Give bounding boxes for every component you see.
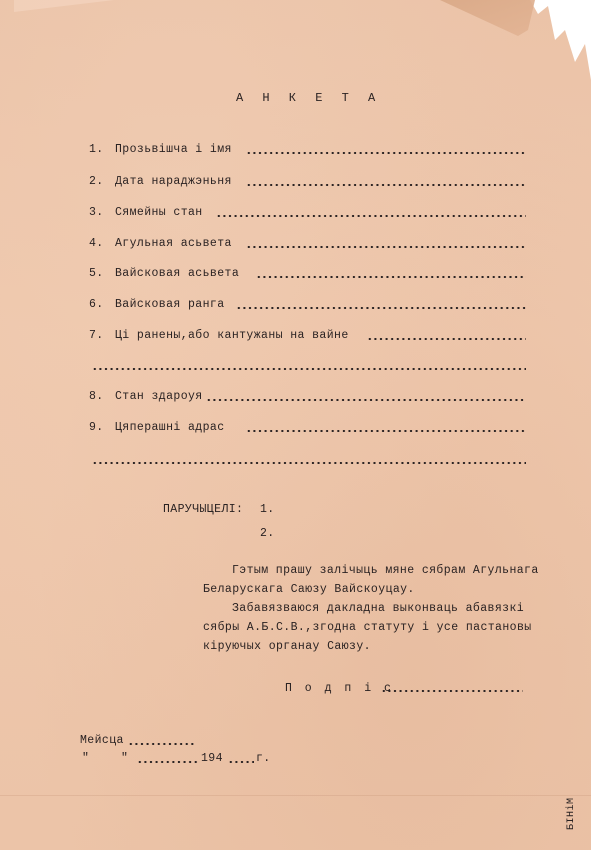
item-number: 2.: [89, 176, 104, 188]
item-number: 5.: [89, 268, 104, 280]
item-number: 7.: [89, 330, 104, 342]
fill-in-line-continued[interactable]: [92, 462, 526, 464]
signature-label: П о д п і с: [285, 683, 394, 695]
item-number: 6.: [89, 299, 104, 311]
statement-line: сябры А.Б.С.В.,згодна статуту і усе паст…: [203, 618, 532, 637]
paper-crease-line: [0, 795, 591, 796]
date-close-quote: ": [121, 753, 128, 765]
guarantors-label: ПАРУЧЫЦЕЛІ:: [163, 504, 243, 516]
statement-line: Забавязваюся дакладна выконваць абавязкі: [232, 599, 524, 618]
place-line[interactable]: [128, 743, 194, 745]
item-number: 1.: [89, 144, 104, 156]
item-number: 8.: [89, 391, 104, 403]
statement-line: Беларускага Саюзу Вайскоуцау.: [203, 580, 415, 599]
fill-in-line[interactable]: [246, 152, 526, 154]
date-year-prefix: 194: [201, 753, 223, 765]
item-label: Сямейны стан: [115, 207, 203, 219]
item-number: 3.: [89, 207, 104, 219]
guarantor-1-number: 1.: [260, 504, 275, 516]
item-label: Вайсковая ранга: [115, 299, 225, 311]
item-label: Вайсковая асьвета: [115, 268, 239, 280]
fill-in-line[interactable]: [367, 338, 526, 340]
date-day-month-line[interactable]: [137, 761, 200, 763]
item-label: Цяперашні адрас: [115, 422, 225, 434]
item-label: Прозьвішча і імя: [115, 144, 232, 156]
date-open-quote: ": [82, 753, 89, 765]
statement-line: Гэтым прашу залічыць мяне сябрам Агульна…: [232, 561, 539, 580]
fill-in-line[interactable]: [256, 276, 526, 278]
document-title: А Н К Е Т А: [236, 92, 381, 104]
item-label: Дата нараджэньня: [115, 176, 232, 188]
guarantor-2-number: 2.: [260, 528, 275, 540]
item-number: 4.: [89, 238, 104, 250]
date-suffix: г.: [256, 753, 271, 765]
date-year-line[interactable]: [228, 761, 254, 763]
fill-in-line[interactable]: [246, 246, 526, 248]
fill-in-line[interactable]: [206, 399, 526, 401]
fill-in-line[interactable]: [246, 184, 526, 186]
statement-line: кіруючых органау Саюзу.: [203, 637, 371, 656]
item-number: 9.: [89, 422, 104, 434]
fill-in-line[interactable]: [216, 215, 526, 217]
fill-in-line[interactable]: [236, 307, 526, 309]
signature-line[interactable]: [381, 690, 523, 692]
archive-stamp: БІНіМ: [566, 790, 580, 830]
fill-in-line-continued[interactable]: [92, 368, 526, 370]
item-label: Агульная асьвета: [115, 238, 232, 250]
item-label: Ці ранены,або кантужаны на вайне: [115, 330, 349, 342]
place-label: Мейсца: [80, 735, 124, 747]
item-label: Стан здароуя: [115, 391, 203, 403]
fill-in-line[interactable]: [246, 430, 526, 432]
